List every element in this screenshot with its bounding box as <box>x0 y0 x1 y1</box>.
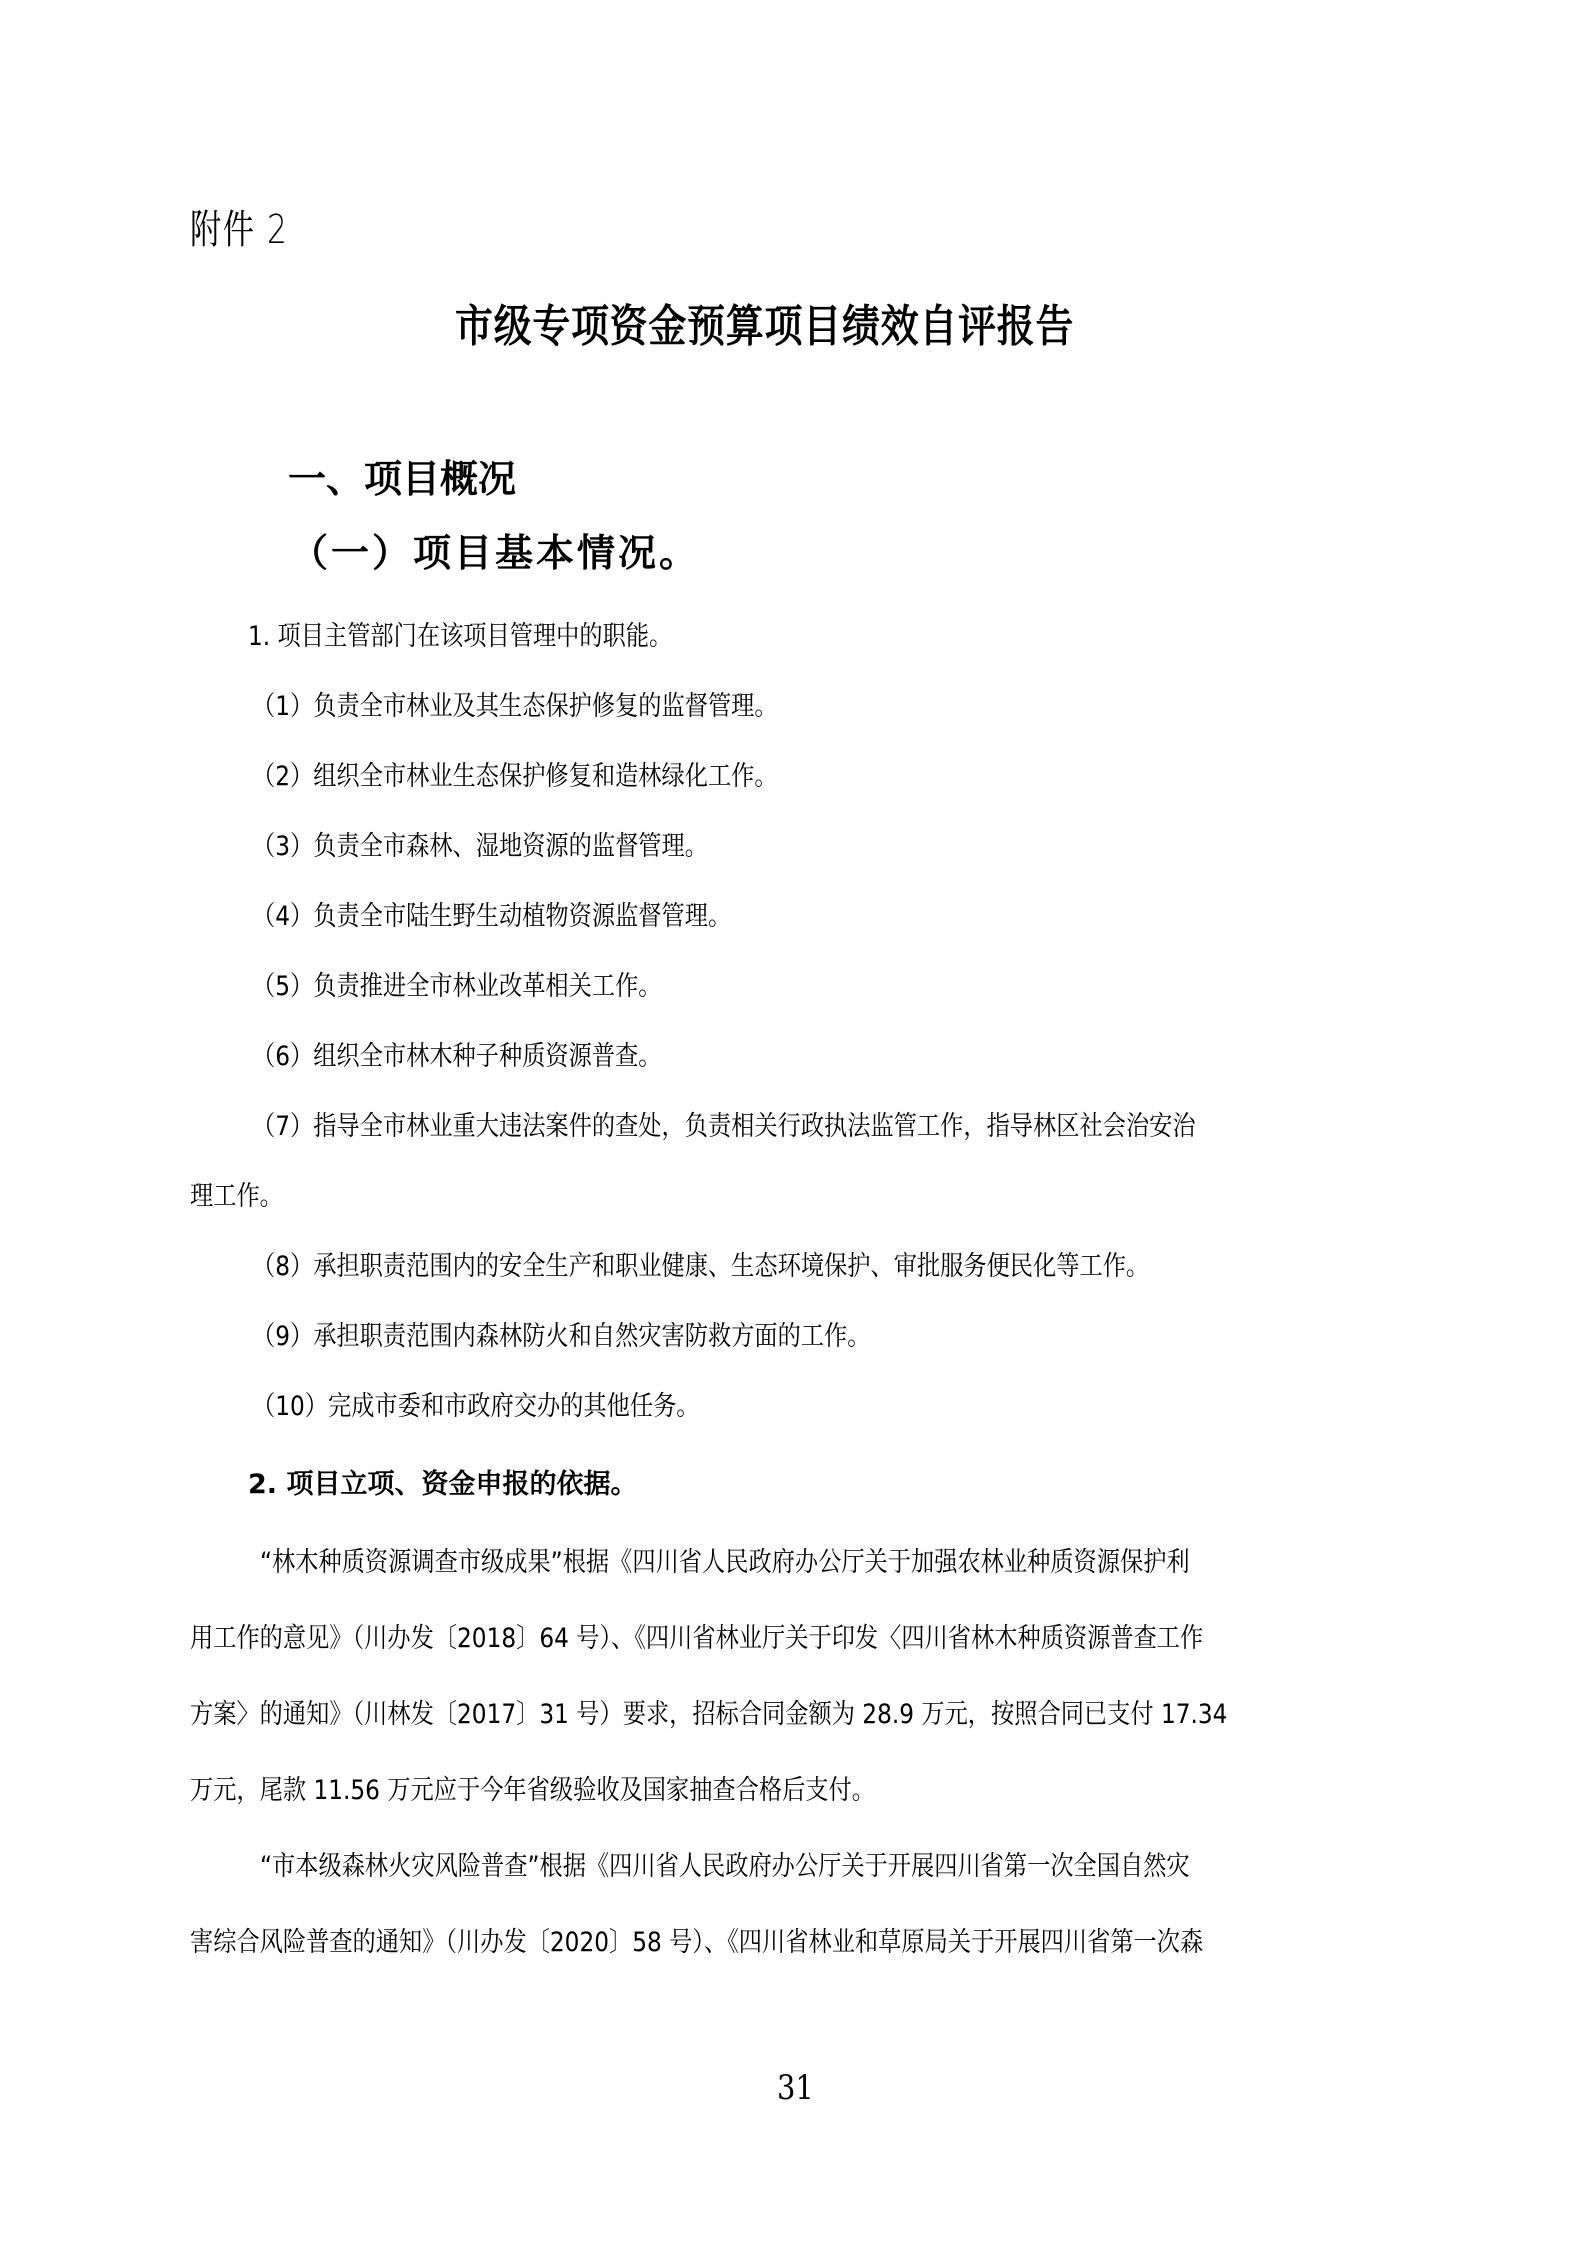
page-number: 31 <box>777 2068 814 2108</box>
paragraph-line: “林木种质资源调查市级成果”根据《四川省人民政府办公厅关于加强农林业种质资源保护… <box>260 1546 1190 1580</box>
paragraph-line: 用工作的意见》（川办发〔2018〕64 号）、《四川省林业厅关于印发〈四川省林木… <box>190 1622 1203 1656</box>
paragraph-line: 万元，尾款 11.56 万元应于今年省级验收及国家抽查合格后支付。 <box>190 1774 875 1808</box>
duty-item: （6）组织全市林木种子种质资源普查。 <box>252 1040 662 1074</box>
paragraph-line: 害综合风险普查的通知》（川办发〔2020〕58 号）、《四川省林业和草原局关于开… <box>190 1926 1203 1960</box>
duty-item: （10）完成市委和市政府交办的其他任务。 <box>252 1390 700 1424</box>
duty-item: （9）承担职责范围内森林防火和自然灾害防救方面的工作。 <box>252 1320 871 1354</box>
duty-item: （2）组织全市林业生态保护修复和造林绿化工作。 <box>252 760 778 794</box>
duty-item: （8）承担职责范围内的安全生产和职业健康、生态环境保护、审批服务便民化等工作。 <box>252 1250 1149 1284</box>
duty-item: （7）指导全市林业重大违法案件的查处，负责相关行政执法监管工作，指导林区社会治安… <box>252 1110 1196 1144</box>
paragraph-line: 方案〉的通知》（川林发〔2017〕31 号）要求，招标合同金额为 28.9 万元… <box>190 1698 1227 1732</box>
item-heading: 1. 项目主管部门在该项目管理中的职能。 <box>248 620 672 654</box>
duty-item: （1）负责全市林业及其生态保护修复的监督管理。 <box>252 690 778 724</box>
section-heading: 一、项目概况 <box>288 448 516 503</box>
duty-item: （4）负责全市陆生野生动植物资源监督管理。 <box>252 900 731 934</box>
duty-item: （3）负责全市森林、湿地资源的监督管理。 <box>252 830 708 864</box>
page-title: 市级专项资金预算项目绩效自评报告 <box>455 290 1074 354</box>
duty-item: （5）负责推进全市林业改革相关工作。 <box>252 970 662 1004</box>
subsection-heading: （一）项目基本情况。 <box>290 522 700 577</box>
duty-item-continuation: 理工作。 <box>190 1180 283 1214</box>
attachment-label: 附件 2 <box>190 198 288 255</box>
paragraph-line: “市本级森林火灾风险普查”根据《四川省人民政府办公厅关于开展四川省第一次全国自然… <box>260 1850 1190 1884</box>
item-heading: 2. 项目立项、资金申报的依据。 <box>248 1468 637 1502</box>
